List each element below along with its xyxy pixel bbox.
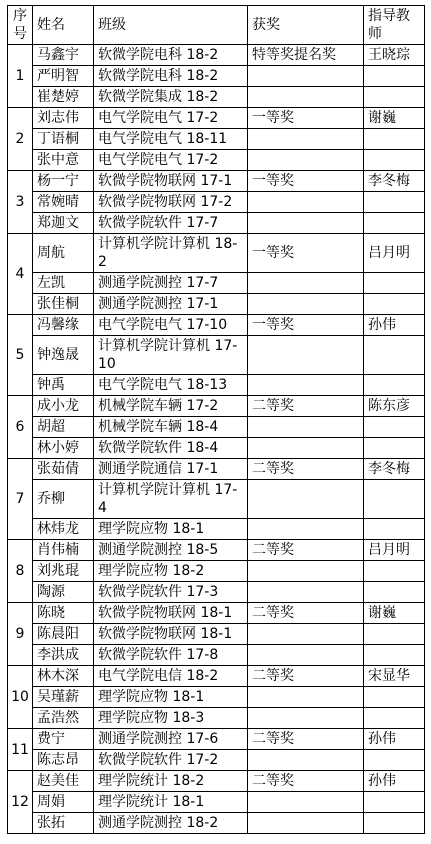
serial-number-cell: 12 xyxy=(8,771,33,834)
teacher-cell xyxy=(364,87,425,108)
column-header-serial: 序号 xyxy=(8,6,33,45)
name-cell: 陈晓 xyxy=(33,603,94,624)
serial-number-cell: 2 xyxy=(8,108,33,171)
class-cell: 电气学院电气 18-13 xyxy=(94,375,248,396)
award-cell xyxy=(248,645,364,666)
name-cell: 崔楚婷 xyxy=(33,87,94,108)
class-cell: 理学院应物 18-1 xyxy=(94,687,248,708)
award-cell xyxy=(248,750,364,771)
award-cell: 一等奖 xyxy=(248,171,364,192)
class-cell: 理学院应物 18-1 xyxy=(94,519,248,540)
teacher-cell xyxy=(364,519,425,540)
class-cell: 理学院统计 18-2 xyxy=(94,771,248,792)
class-cell: 测通学院测控 18-2 xyxy=(94,813,248,834)
teacher-cell xyxy=(364,645,425,666)
name-cell: 胡超 xyxy=(33,417,94,438)
table-row: 张中意电气学院电气 17-2 xyxy=(8,150,425,171)
name-cell: 冯馨缘 xyxy=(33,315,94,336)
teacher-cell: 宋显华 xyxy=(364,666,425,687)
name-cell: 张茹倩 xyxy=(33,459,94,480)
award-cell xyxy=(248,213,364,234)
serial-number-cell: 10 xyxy=(8,666,33,729)
class-cell: 软微学院软件 17-7 xyxy=(94,213,248,234)
document-page: 序号 姓名 班级 获奖 指导教师 1马鑫宇软微学院电科 18-2特等奖提名奖王晓… xyxy=(7,5,431,834)
class-cell: 计算机学院计算机 18-2 xyxy=(94,234,248,273)
class-cell: 理学院统计 18-1 xyxy=(94,792,248,813)
name-cell: 张拓 xyxy=(33,813,94,834)
name-cell: 费宁 xyxy=(33,729,94,750)
table-row: 林炜龙理学院应物 18-1 xyxy=(8,519,425,540)
name-cell: 杨一宁 xyxy=(33,171,94,192)
name-cell: 陈志昂 xyxy=(33,750,94,771)
teacher-cell: 吕月明 xyxy=(364,234,425,273)
teacher-cell xyxy=(364,192,425,213)
serial-number-cell: 9 xyxy=(8,603,33,666)
teacher-cell xyxy=(364,294,425,315)
table-row: 张佳桐测通学院测控 17-1 xyxy=(8,294,425,315)
table-row: 周娟理学院统计 18-1 xyxy=(8,792,425,813)
award-cell: 二等奖 xyxy=(248,771,364,792)
name-cell: 吴瑾薪 xyxy=(33,687,94,708)
table-row: 丁语桐电气学院电气 18-11 xyxy=(8,129,425,150)
table-row: 7张茹倩测通学院通信 17-1二等奖李冬梅 xyxy=(8,459,425,480)
teacher-cell xyxy=(364,813,425,834)
class-cell: 软微学院软件 18-4 xyxy=(94,438,248,459)
class-cell: 电气学院电气 17-2 xyxy=(94,150,248,171)
teacher-cell xyxy=(364,687,425,708)
teacher-cell: 陈东彦 xyxy=(364,396,425,417)
award-cell xyxy=(248,519,364,540)
award-cell: 一等奖 xyxy=(248,108,364,129)
name-cell: 周娟 xyxy=(33,792,94,813)
award-cell: 特等奖提名奖 xyxy=(248,45,364,66)
name-cell: 林炜龙 xyxy=(33,519,94,540)
award-cell xyxy=(248,792,364,813)
serial-number-cell: 5 xyxy=(8,315,33,396)
teacher-cell xyxy=(364,273,425,294)
header-row: 序号 姓名 班级 获奖 指导教师 xyxy=(8,6,425,45)
class-cell: 软微学院电科 18-2 xyxy=(94,45,248,66)
teacher-cell: 吕月明 xyxy=(364,540,425,561)
column-header-class: 班级 xyxy=(94,6,248,45)
award-cell xyxy=(248,480,364,519)
teacher-cell xyxy=(364,417,425,438)
award-cell: 二等奖 xyxy=(248,666,364,687)
table-row: 郑迦文软微学院软件 17-7 xyxy=(8,213,425,234)
serial-number-cell: 6 xyxy=(8,396,33,459)
class-cell: 测通学院测控 18-5 xyxy=(94,540,248,561)
serial-number-cell: 8 xyxy=(8,540,33,603)
award-cell xyxy=(248,87,364,108)
award-cell: 二等奖 xyxy=(248,459,364,480)
column-header-name: 姓名 xyxy=(33,6,94,45)
award-cell: 二等奖 xyxy=(248,603,364,624)
teacher-cell xyxy=(364,375,425,396)
award-cell xyxy=(248,438,364,459)
serial-number-cell: 4 xyxy=(8,234,33,315)
award-cell xyxy=(248,129,364,150)
serial-number-cell: 1 xyxy=(8,45,33,108)
table-row: 胡超机械学院车辆 18-4 xyxy=(8,417,425,438)
teacher-cell xyxy=(364,624,425,645)
teacher-cell xyxy=(364,480,425,519)
teacher-cell xyxy=(364,708,425,729)
table-row: 严明智软微学院电科 18-2 xyxy=(8,66,425,87)
name-cell: 马鑫宇 xyxy=(33,45,94,66)
class-cell: 电气学院电气 18-11 xyxy=(94,129,248,150)
table-row: 刘兆琨理学院应物 18-2 xyxy=(8,561,425,582)
award-cell xyxy=(248,192,364,213)
teacher-cell: 李冬梅 xyxy=(364,171,425,192)
class-cell: 测通学院测控 17-1 xyxy=(94,294,248,315)
award-cell xyxy=(248,582,364,603)
table-row: 1马鑫宇软微学院电科 18-2特等奖提名奖王晓琮 xyxy=(8,45,425,66)
class-cell: 软微学院软件 17-8 xyxy=(94,645,248,666)
name-cell: 肖伟楠 xyxy=(33,540,94,561)
teacher-cell xyxy=(364,336,425,375)
teacher-cell: 孙伟 xyxy=(364,729,425,750)
name-cell: 钟禹 xyxy=(33,375,94,396)
name-cell: 林木深 xyxy=(33,666,94,687)
award-cell xyxy=(248,813,364,834)
award-cell: 二等奖 xyxy=(248,540,364,561)
class-cell: 软微学院物联网 17-2 xyxy=(94,192,248,213)
teacher-cell xyxy=(364,66,425,87)
table-row: 吴瑾薪理学院应物 18-1 xyxy=(8,687,425,708)
class-cell: 电气学院电信 18-2 xyxy=(94,666,248,687)
name-cell: 张中意 xyxy=(33,150,94,171)
award-cell xyxy=(248,624,364,645)
class-cell: 软微学院物联网 18-1 xyxy=(94,624,248,645)
name-cell: 钟逸晟 xyxy=(33,336,94,375)
teacher-cell xyxy=(364,213,425,234)
award-cell xyxy=(248,375,364,396)
award-cell xyxy=(248,417,364,438)
class-cell: 软微学院物联网 18-1 xyxy=(94,603,248,624)
table-row: 9陈晓软微学院物联网 18-1二等奖谢巍 xyxy=(8,603,425,624)
table-row: 8肖伟楠测通学院测控 18-5二等奖吕月明 xyxy=(8,540,425,561)
teacher-cell xyxy=(364,750,425,771)
name-cell: 孟浩然 xyxy=(33,708,94,729)
teacher-cell xyxy=(364,438,425,459)
name-cell: 陶源 xyxy=(33,582,94,603)
table-row: 乔柳计算机学院计算机 17-4 xyxy=(8,480,425,519)
name-cell: 乔柳 xyxy=(33,480,94,519)
table-header: 序号 姓名 班级 获奖 指导教师 xyxy=(8,6,425,45)
table-row: 12赵美佳理学院统计 18-2二等奖孙伟 xyxy=(8,771,425,792)
class-cell: 理学院应物 18-3 xyxy=(94,708,248,729)
name-cell: 常婉晴 xyxy=(33,192,94,213)
award-table: 序号 姓名 班级 获奖 指导教师 1马鑫宇软微学院电科 18-2特等奖提名奖王晓… xyxy=(7,5,425,834)
table-row: 4周航计算机学院计算机 18-2一等奖吕月明 xyxy=(8,234,425,273)
class-cell: 软微学院电科 18-2 xyxy=(94,66,248,87)
serial-number-cell: 11 xyxy=(8,729,33,771)
teacher-cell: 谢巍 xyxy=(364,603,425,624)
teacher-cell: 孙伟 xyxy=(364,315,425,336)
award-cell: 二等奖 xyxy=(248,729,364,750)
serial-number-cell: 3 xyxy=(8,171,33,234)
teacher-cell: 谢巍 xyxy=(364,108,425,129)
class-cell: 理学院应物 18-2 xyxy=(94,561,248,582)
table-row: 常婉晴软微学院物联网 17-2 xyxy=(8,192,425,213)
table-row: 11费宁测通学院测控 17-6二等奖孙伟 xyxy=(8,729,425,750)
class-cell: 机械学院车辆 17-2 xyxy=(94,396,248,417)
column-header-award: 获奖 xyxy=(248,6,364,45)
table-row: 张拓测通学院测控 18-2 xyxy=(8,813,425,834)
class-cell: 软微学院软件 17-3 xyxy=(94,582,248,603)
table-row: 陈晨阳软微学院物联网 18-1 xyxy=(8,624,425,645)
teacher-cell xyxy=(364,150,425,171)
teacher-cell xyxy=(364,129,425,150)
name-cell: 郑迦文 xyxy=(33,213,94,234)
class-cell: 测通学院通信 17-1 xyxy=(94,459,248,480)
award-cell xyxy=(248,66,364,87)
table-row: 2刘志伟电气学院电气 17-2一等奖谢巍 xyxy=(8,108,425,129)
name-cell: 严明智 xyxy=(33,66,94,87)
award-cell: 一等奖 xyxy=(248,234,364,273)
serial-number-cell: 7 xyxy=(8,459,33,540)
table-row: 6成小龙机械学院车辆 17-2二等奖陈东彦 xyxy=(8,396,425,417)
name-cell: 李洪成 xyxy=(33,645,94,666)
table-row: 陶源软微学院软件 17-3 xyxy=(8,582,425,603)
class-cell: 电气学院电气 17-2 xyxy=(94,108,248,129)
award-cell: 二等奖 xyxy=(248,396,364,417)
table-row: 10林木深电气学院电信 18-2二等奖宋显华 xyxy=(8,666,425,687)
class-cell: 电气学院电气 17-10 xyxy=(94,315,248,336)
class-cell: 测通学院测控 17-7 xyxy=(94,273,248,294)
name-cell: 陈晨阳 xyxy=(33,624,94,645)
class-cell: 软微学院物联网 17-1 xyxy=(94,171,248,192)
teacher-cell xyxy=(364,792,425,813)
teacher-cell xyxy=(364,561,425,582)
table-row: 5冯馨缘电气学院电气 17-10一等奖孙伟 xyxy=(8,315,425,336)
class-cell: 软微学院软件 17-2 xyxy=(94,750,248,771)
table-row: 3杨一宁软微学院物联网 17-1一等奖李冬梅 xyxy=(8,171,425,192)
teacher-cell: 孙伟 xyxy=(364,771,425,792)
table-body: 1马鑫宇软微学院电科 18-2特等奖提名奖王晓琮严明智软微学院电科 18-2崔楚… xyxy=(8,45,425,834)
table-row: 陈志昂软微学院软件 17-2 xyxy=(8,750,425,771)
name-cell: 林小婷 xyxy=(33,438,94,459)
table-row: 钟逸晟计算机学院计算机 17-10 xyxy=(8,336,425,375)
award-cell xyxy=(248,687,364,708)
class-cell: 计算机学院计算机 17-10 xyxy=(94,336,248,375)
table-row: 钟禹电气学院电气 18-13 xyxy=(8,375,425,396)
column-header-teacher: 指导教师 xyxy=(364,6,425,45)
table-row: 林小婷软微学院软件 18-4 xyxy=(8,438,425,459)
award-cell xyxy=(248,708,364,729)
class-cell: 测通学院测控 17-6 xyxy=(94,729,248,750)
award-cell xyxy=(248,273,364,294)
name-cell: 赵美佳 xyxy=(33,771,94,792)
teacher-cell xyxy=(364,582,425,603)
teacher-cell: 王晓琮 xyxy=(364,45,425,66)
award-cell xyxy=(248,336,364,375)
table-row: 孟浩然理学院应物 18-3 xyxy=(8,708,425,729)
award-cell xyxy=(248,294,364,315)
table-row: 左凯测通学院测控 17-7 xyxy=(8,273,425,294)
teacher-cell: 李冬梅 xyxy=(364,459,425,480)
name-cell: 周航 xyxy=(33,234,94,273)
class-cell: 计算机学院计算机 17-4 xyxy=(94,480,248,519)
name-cell: 刘志伟 xyxy=(33,108,94,129)
class-cell: 软微学院集成 18-2 xyxy=(94,87,248,108)
award-cell xyxy=(248,561,364,582)
award-cell xyxy=(248,150,364,171)
table-row: 崔楚婷软微学院集成 18-2 xyxy=(8,87,425,108)
table-row: 李洪成软微学院软件 17-8 xyxy=(8,645,425,666)
class-cell: 机械学院车辆 18-4 xyxy=(94,417,248,438)
name-cell: 丁语桐 xyxy=(33,129,94,150)
name-cell: 张佳桐 xyxy=(33,294,94,315)
name-cell: 成小龙 xyxy=(33,396,94,417)
award-cell: 一等奖 xyxy=(248,315,364,336)
name-cell: 刘兆琨 xyxy=(33,561,94,582)
name-cell: 左凯 xyxy=(33,273,94,294)
